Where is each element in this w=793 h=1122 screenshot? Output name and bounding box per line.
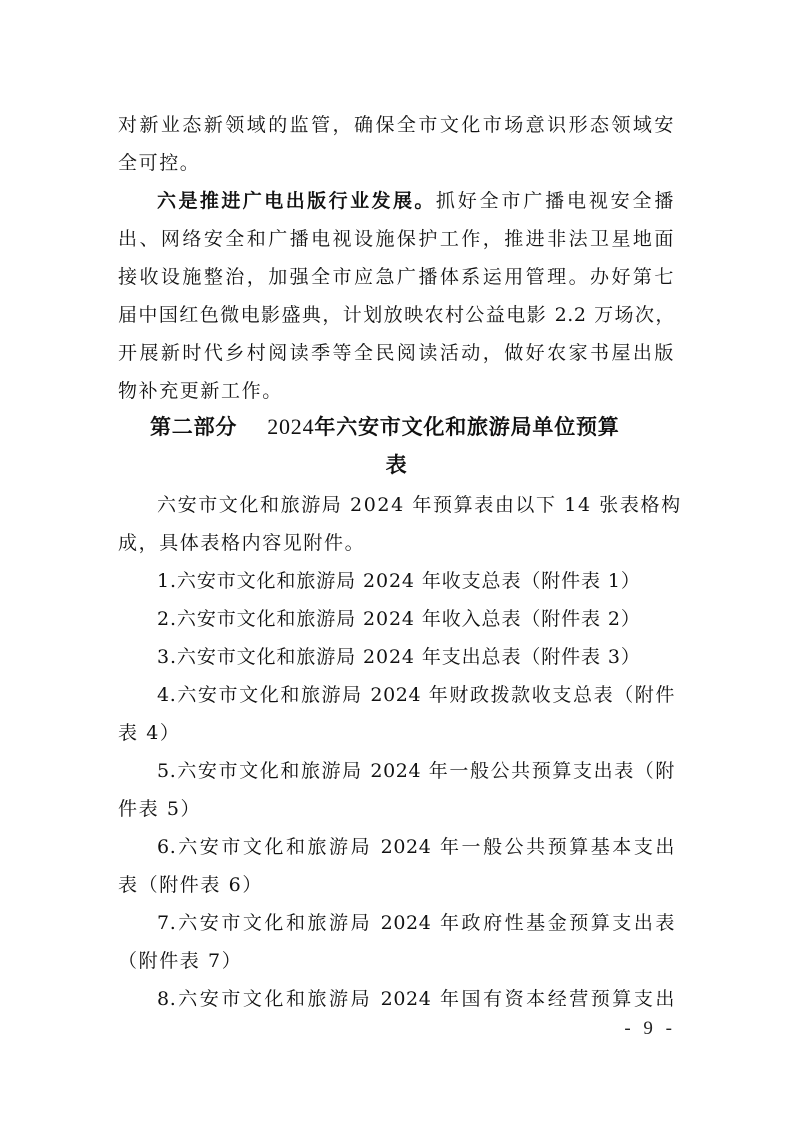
table-list-item-continuation: 表（附件表 6） xyxy=(118,873,675,897)
document-page: 对新业态新领域的监管，确保全市文化市场意识形态领域安 全可控。 六是推进广电出版… xyxy=(0,0,793,1122)
paragraph-line: 接收设施整治，加强全市应急广播体系运用管理。办好第七 xyxy=(118,265,675,289)
section-title: 年六安市文化和旅游局单位预算 xyxy=(314,415,619,439)
table-list-item: 6.六安市文化和旅游局 2024 年一般公共预算基本支出 xyxy=(157,835,675,859)
section-year: 2024 xyxy=(267,414,314,439)
table-list-item-continuation: 件表 5） xyxy=(118,797,675,821)
section-heading-line2: 表 xyxy=(0,452,793,478)
table-list-item-continuation: 表 4） xyxy=(118,721,675,745)
paragraph-line: 出、网络安全和广播电视设施保护工作，推进非法卫星地面 xyxy=(118,227,675,251)
paragraph-line: 开展新时代乡村阅读季等全民阅读活动，做好农家书屋出版 xyxy=(118,341,675,365)
bold-lead-phrase: 六是推进广电出版行业发展。 xyxy=(157,190,436,212)
table-list-item: 3.六安市文化和旅游局 2024 年支出总表（附件表 3） xyxy=(157,645,675,669)
table-list-item: 5.六安市文化和旅游局 2024 年一般公共预算支出表（附 xyxy=(157,759,675,783)
section-part-label: 第二部分 xyxy=(150,415,237,439)
paragraph-line: 物补充更新工作。 xyxy=(118,379,675,403)
table-list-item: 1.六安市文化和旅游局 2024 年收支总表（附件表 1） xyxy=(157,569,675,593)
section-heading: 第二部分2024年六安市文化和旅游局单位预算 xyxy=(150,414,680,440)
paragraph-line: 全可控。 xyxy=(118,151,675,175)
page-number: - 9 - xyxy=(606,1018,676,1040)
table-list-item: 4.六安市文化和旅游局 2024 年财政拨款收支总表（附件 xyxy=(157,683,675,707)
table-list-item-continuation: （附件表 7） xyxy=(118,949,675,973)
paragraph-line: 成，具体表格内容见附件。 xyxy=(118,531,675,555)
paragraph-line: 届中国红色微电影盛典，计划放映农村公益电影 2.2 万场次， xyxy=(118,303,675,327)
paragraph-line-first: 六是推进广电出版行业发展。抓好全市广播电视安全播 xyxy=(157,189,675,213)
table-list-item: 7.六安市文化和旅游局 2024 年政府性基金预算支出表 xyxy=(157,911,675,935)
paragraph-line: 对新业态新领域的监管，确保全市文化市场意识形态领域安 xyxy=(118,113,675,137)
paragraph-line: 六安市文化和旅游局 2024 年预算表由以下 14 张表格构 xyxy=(157,493,675,517)
table-list-item: 8.六安市文化和旅游局 2024 年国有资本经营预算支出 xyxy=(157,987,675,1011)
table-list-item: 2.六安市文化和旅游局 2024 年收入总表（附件表 2） xyxy=(157,607,675,631)
paragraph-text: 抓好全市广播电视安全播 xyxy=(436,190,675,212)
